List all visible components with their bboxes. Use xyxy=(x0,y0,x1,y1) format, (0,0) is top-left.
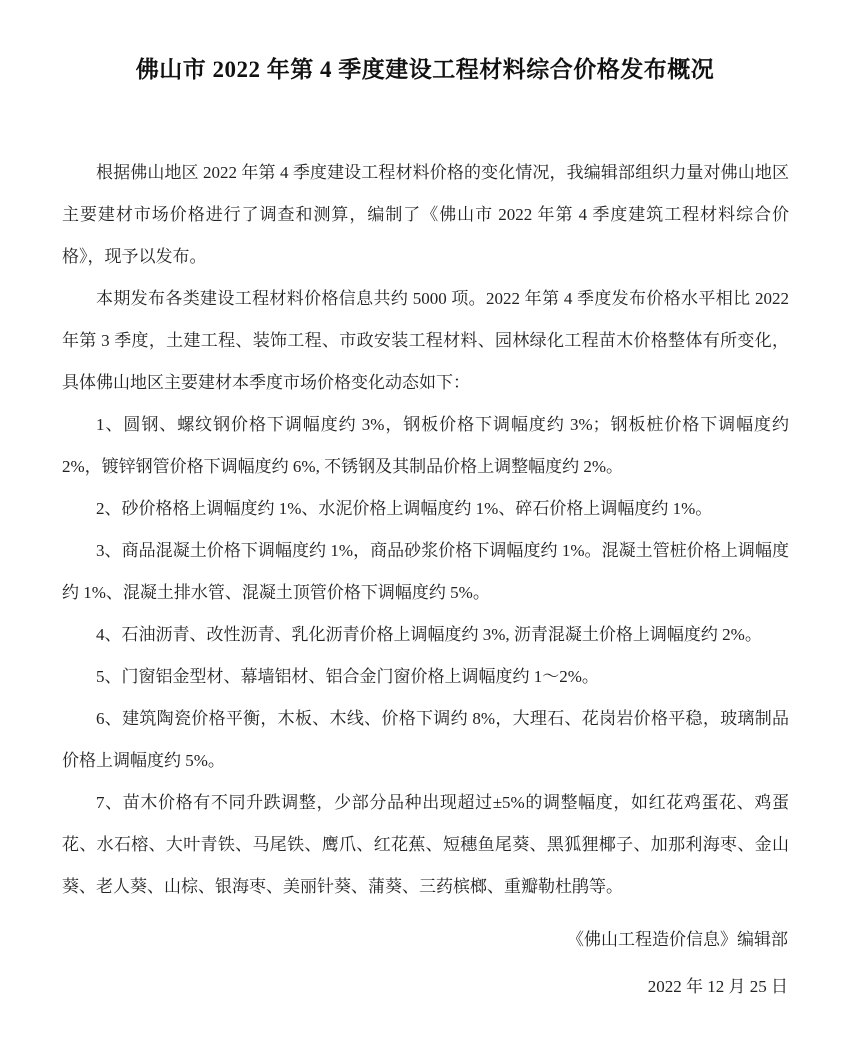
publication-date: 2022 年 12 月 25 日 xyxy=(567,963,788,1010)
document-title: 佛山市 2022 年第 4 季度建设工程材料综合价格发布概况 xyxy=(0,0,850,90)
document-body: 根据佛山地区 2022 年第 4 季度建设工程材料价格的变化情况，我编辑部组织力… xyxy=(62,152,789,908)
paragraph: 3、商品混凝土价格下调幅度约 1%，商品砂浆价格下调幅度约 1%。混凝土管桩价格… xyxy=(62,530,789,614)
paragraph: 本期发布各类建设工程材料价格信息共约 5000 项。2022 年第 4 季度发布… xyxy=(62,278,789,404)
document-page: 佛山市 2022 年第 4 季度建设工程材料综合价格发布概况 根据佛山地区 20… xyxy=(0,0,850,1051)
paragraph: 7、苗木价格有不同升跌调整，少部分品种出现超过±5%的调整幅度，如红花鸡蛋花、鸡… xyxy=(62,782,789,908)
paragraph: 5、门窗铝金型材、幕墙铝材、铝合金门窗价格上调幅度约 1～2%。 xyxy=(62,656,789,698)
paragraph: 4、石油沥青、改性沥青、乳化沥青价格上调幅度约 3%, 沥青混凝土价格上调幅度约… xyxy=(62,614,789,656)
editorial-signature: 《佛山工程造价信息》编辑部 xyxy=(567,916,788,963)
paragraph: 1、圆钢、螺纹钢价格下调幅度约 3%，钢板价格下调幅度约 3%；钢板桩价格下调幅… xyxy=(62,404,789,488)
paragraph: 根据佛山地区 2022 年第 4 季度建设工程材料价格的变化情况，我编辑部组织力… xyxy=(62,152,789,278)
document-footer: 《佛山工程造价信息》编辑部 2022 年 12 月 25 日 xyxy=(567,916,788,1010)
paragraph: 6、建筑陶瓷价格平衡，木板、木线、价格下调约 8%，大理石、花岗岩价格平稳，玻璃… xyxy=(62,698,789,782)
paragraph: 2、砂价格格上调幅度约 1%、水泥价格上调幅度约 1%、碎石价格上调幅度约 1%… xyxy=(62,488,789,530)
